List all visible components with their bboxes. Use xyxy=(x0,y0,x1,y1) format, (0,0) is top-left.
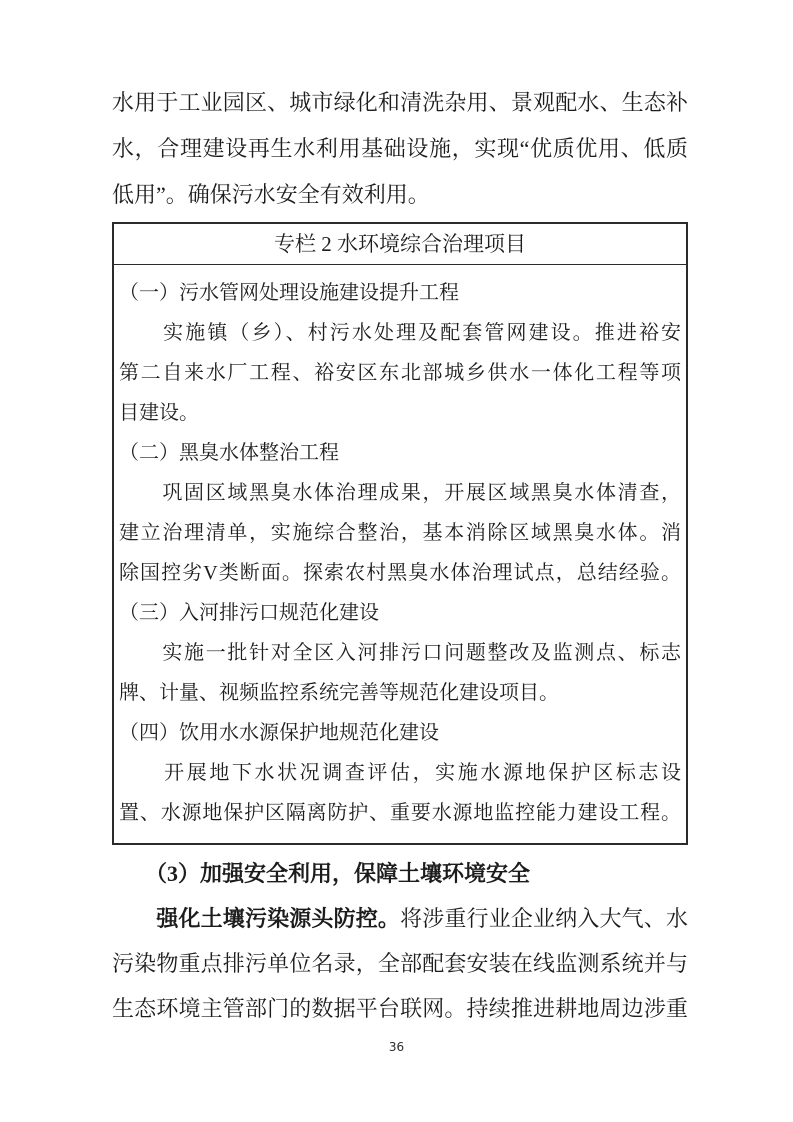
section-3: （3）加强安全利用，保障土壤环境安全 强化土壤污染源头防控。将涉重行业企业纳入大… xyxy=(112,851,688,1031)
box-text-line: 除国控劣V类断面。探索农村黑臭水体治理试点，总结经验。 xyxy=(119,553,681,593)
box-section-heading: （四）饮用水水源保护地规范化建设 xyxy=(119,713,681,753)
body-text-line: 强化土壤污染源头防控。将涉重行业企业纳入大气、水 xyxy=(112,896,688,941)
intro-paragraph: 水用于工业园区、城市绿化和清洗杂用、景观配水、生态补 水，合理建设再生水利用基础… xyxy=(112,80,688,218)
box-section-3: （三）入河排污口规范化建设 实施一批针对全区入河排污口问题整改及监测点、标志 牌… xyxy=(119,593,681,713)
box-section-heading: （一）污水管网处理设施建设提升工程 xyxy=(119,273,681,313)
box-section-4: （四）饮用水水源保护地规范化建设 开展地下水状况调查评估，实施水源地保护区标志设… xyxy=(119,713,681,833)
box-text-line: 置、水源地保护区隔离防护、重要水源地监控能力建设工程。 xyxy=(119,793,681,833)
intro-line: 低用”。确保污水安全有效利用。 xyxy=(112,172,688,218)
body-text: 将涉重行业企业纳入大气、水 xyxy=(400,906,688,931)
page-number: 36 xyxy=(0,1040,793,1054)
body-text-line: 污染物重点排污单位名录，全部配套安装在线监测系统并与 xyxy=(112,941,688,986)
document-page: { "colors": { "text": "#1c1c1c", "box_bo… xyxy=(0,0,793,1122)
box-text-line: 实施镇（乡）、村污水处理及配套管网建设。推进裕安 xyxy=(119,313,681,353)
page-content: 水用于工业园区、城市绿化和清洗杂用、景观配水、生态补 水，合理建设再生水利用基础… xyxy=(112,80,688,1031)
box-text-line: 实施一批针对全区入河排污口问题整改及监测点、标志 xyxy=(119,633,681,673)
box-text-line: 第二自来水厂工程、裕安区东北部城乡供水一体化工程等项 xyxy=(119,353,681,393)
column-box-title: 专栏 2 水环境综合治理项目 xyxy=(114,224,686,265)
column-2-box: 专栏 2 水环境综合治理项目 （一）污水管网处理设施建设提升工程 实施镇（乡）、… xyxy=(112,222,688,845)
bold-lead-text: 强化土壤污染源头防控。 xyxy=(112,906,400,931)
intro-line: 水，合理建设再生水利用基础设施，实现“优质优用、低质 xyxy=(112,126,688,172)
column-box-body: （一）污水管网处理设施建设提升工程 实施镇（乡）、村污水处理及配套管网建设。推进… xyxy=(114,265,686,843)
box-section-heading: （三）入河排污口规范化建设 xyxy=(119,593,681,633)
body-text-line: 生态环境主管部门的数据平台联网。持续推进耕地周边涉重 xyxy=(112,986,688,1031)
box-section-2: （二）黑臭水体整治工程 巩固区域黑臭水体治理成果，开展区域黑臭水体清查， 建立治… xyxy=(119,433,681,593)
box-text-line: 开展地下水状况调查评估，实施水源地保护区标志设 xyxy=(119,753,681,793)
box-section-1: （一）污水管网处理设施建设提升工程 实施镇（乡）、村污水处理及配套管网建设。推进… xyxy=(119,273,681,433)
box-section-heading: （二）黑臭水体整治工程 xyxy=(119,433,681,473)
box-text-line: 目建设。 xyxy=(119,393,681,433)
section-heading: （3）加强安全利用，保障土壤环境安全 xyxy=(112,851,688,896)
box-text-line: 巩固区域黑臭水体治理成果，开展区域黑臭水体清查， xyxy=(119,473,681,513)
intro-line: 水用于工业园区、城市绿化和清洗杂用、景观配水、生态补 xyxy=(112,80,688,126)
box-text-line: 牌、计量、视频监控系统完善等规范化建设项目。 xyxy=(119,673,681,713)
box-text-line: 建立治理清单，实施综合整治，基本消除区域黑臭水体。消 xyxy=(119,513,681,553)
